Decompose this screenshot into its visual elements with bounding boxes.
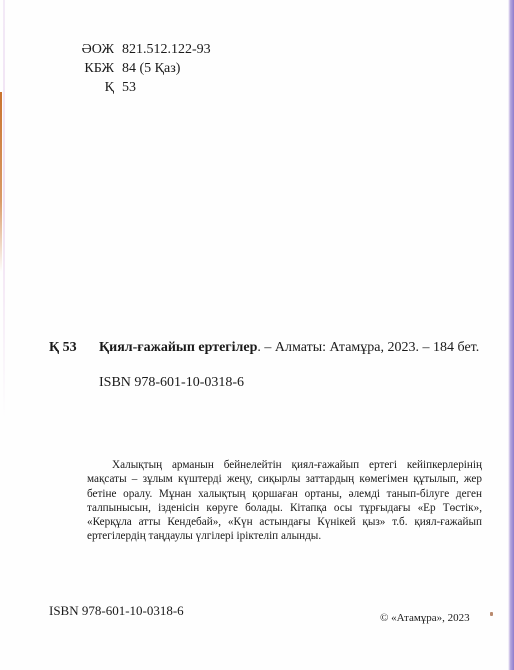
book-title: Қиял-ғажайып ертегілер xyxy=(99,340,257,355)
author-mark-code: Қ 53 xyxy=(49,340,99,356)
page-edge-left-tint xyxy=(0,92,2,272)
isbn-bottom: ISBN 978-601-10-0318-6 xyxy=(49,603,184,619)
catalog-row-bbk: КБЖ 84 (5 Қаз) xyxy=(64,59,211,78)
page-edge-left xyxy=(3,0,5,420)
publication-details: . – Алматы: Атамұра, 2023. – 184 бет. xyxy=(257,340,479,355)
annotation-paragraph: Халықтың арманын бейнелейтін қиял-ғажайы… xyxy=(87,458,482,544)
catalog-value: 53 xyxy=(122,78,136,97)
catalog-value: 84 (5 Қаз) xyxy=(122,59,180,78)
scan-speck xyxy=(490,612,493,616)
bibliographic-entry: Қ 53Қиял-ғажайып ертегілер. – Алматы: Ат… xyxy=(49,340,479,356)
page-edge-right xyxy=(508,0,514,670)
copyright-notice: © «Атамұра», 2023 xyxy=(380,612,470,624)
catalog-key: КБЖ xyxy=(64,59,122,78)
book-imprint-page: ӘОЖ 821.512.122-93 КБЖ 84 (5 Қаз) Қ 53 Қ… xyxy=(0,0,514,670)
catalog-indices: ӘОЖ 821.512.122-93 КБЖ 84 (5 Қаз) Қ 53 xyxy=(64,40,211,97)
catalog-key: Қ xyxy=(64,78,122,97)
catalog-key: ӘОЖ xyxy=(64,40,122,59)
isbn-main: ISBN 978-601-10-0318-6 xyxy=(99,375,244,391)
catalog-row-author-mark: Қ 53 xyxy=(64,78,211,97)
catalog-value: 821.512.122-93 xyxy=(122,40,211,59)
catalog-row-udc: ӘОЖ 821.512.122-93 xyxy=(64,40,211,59)
